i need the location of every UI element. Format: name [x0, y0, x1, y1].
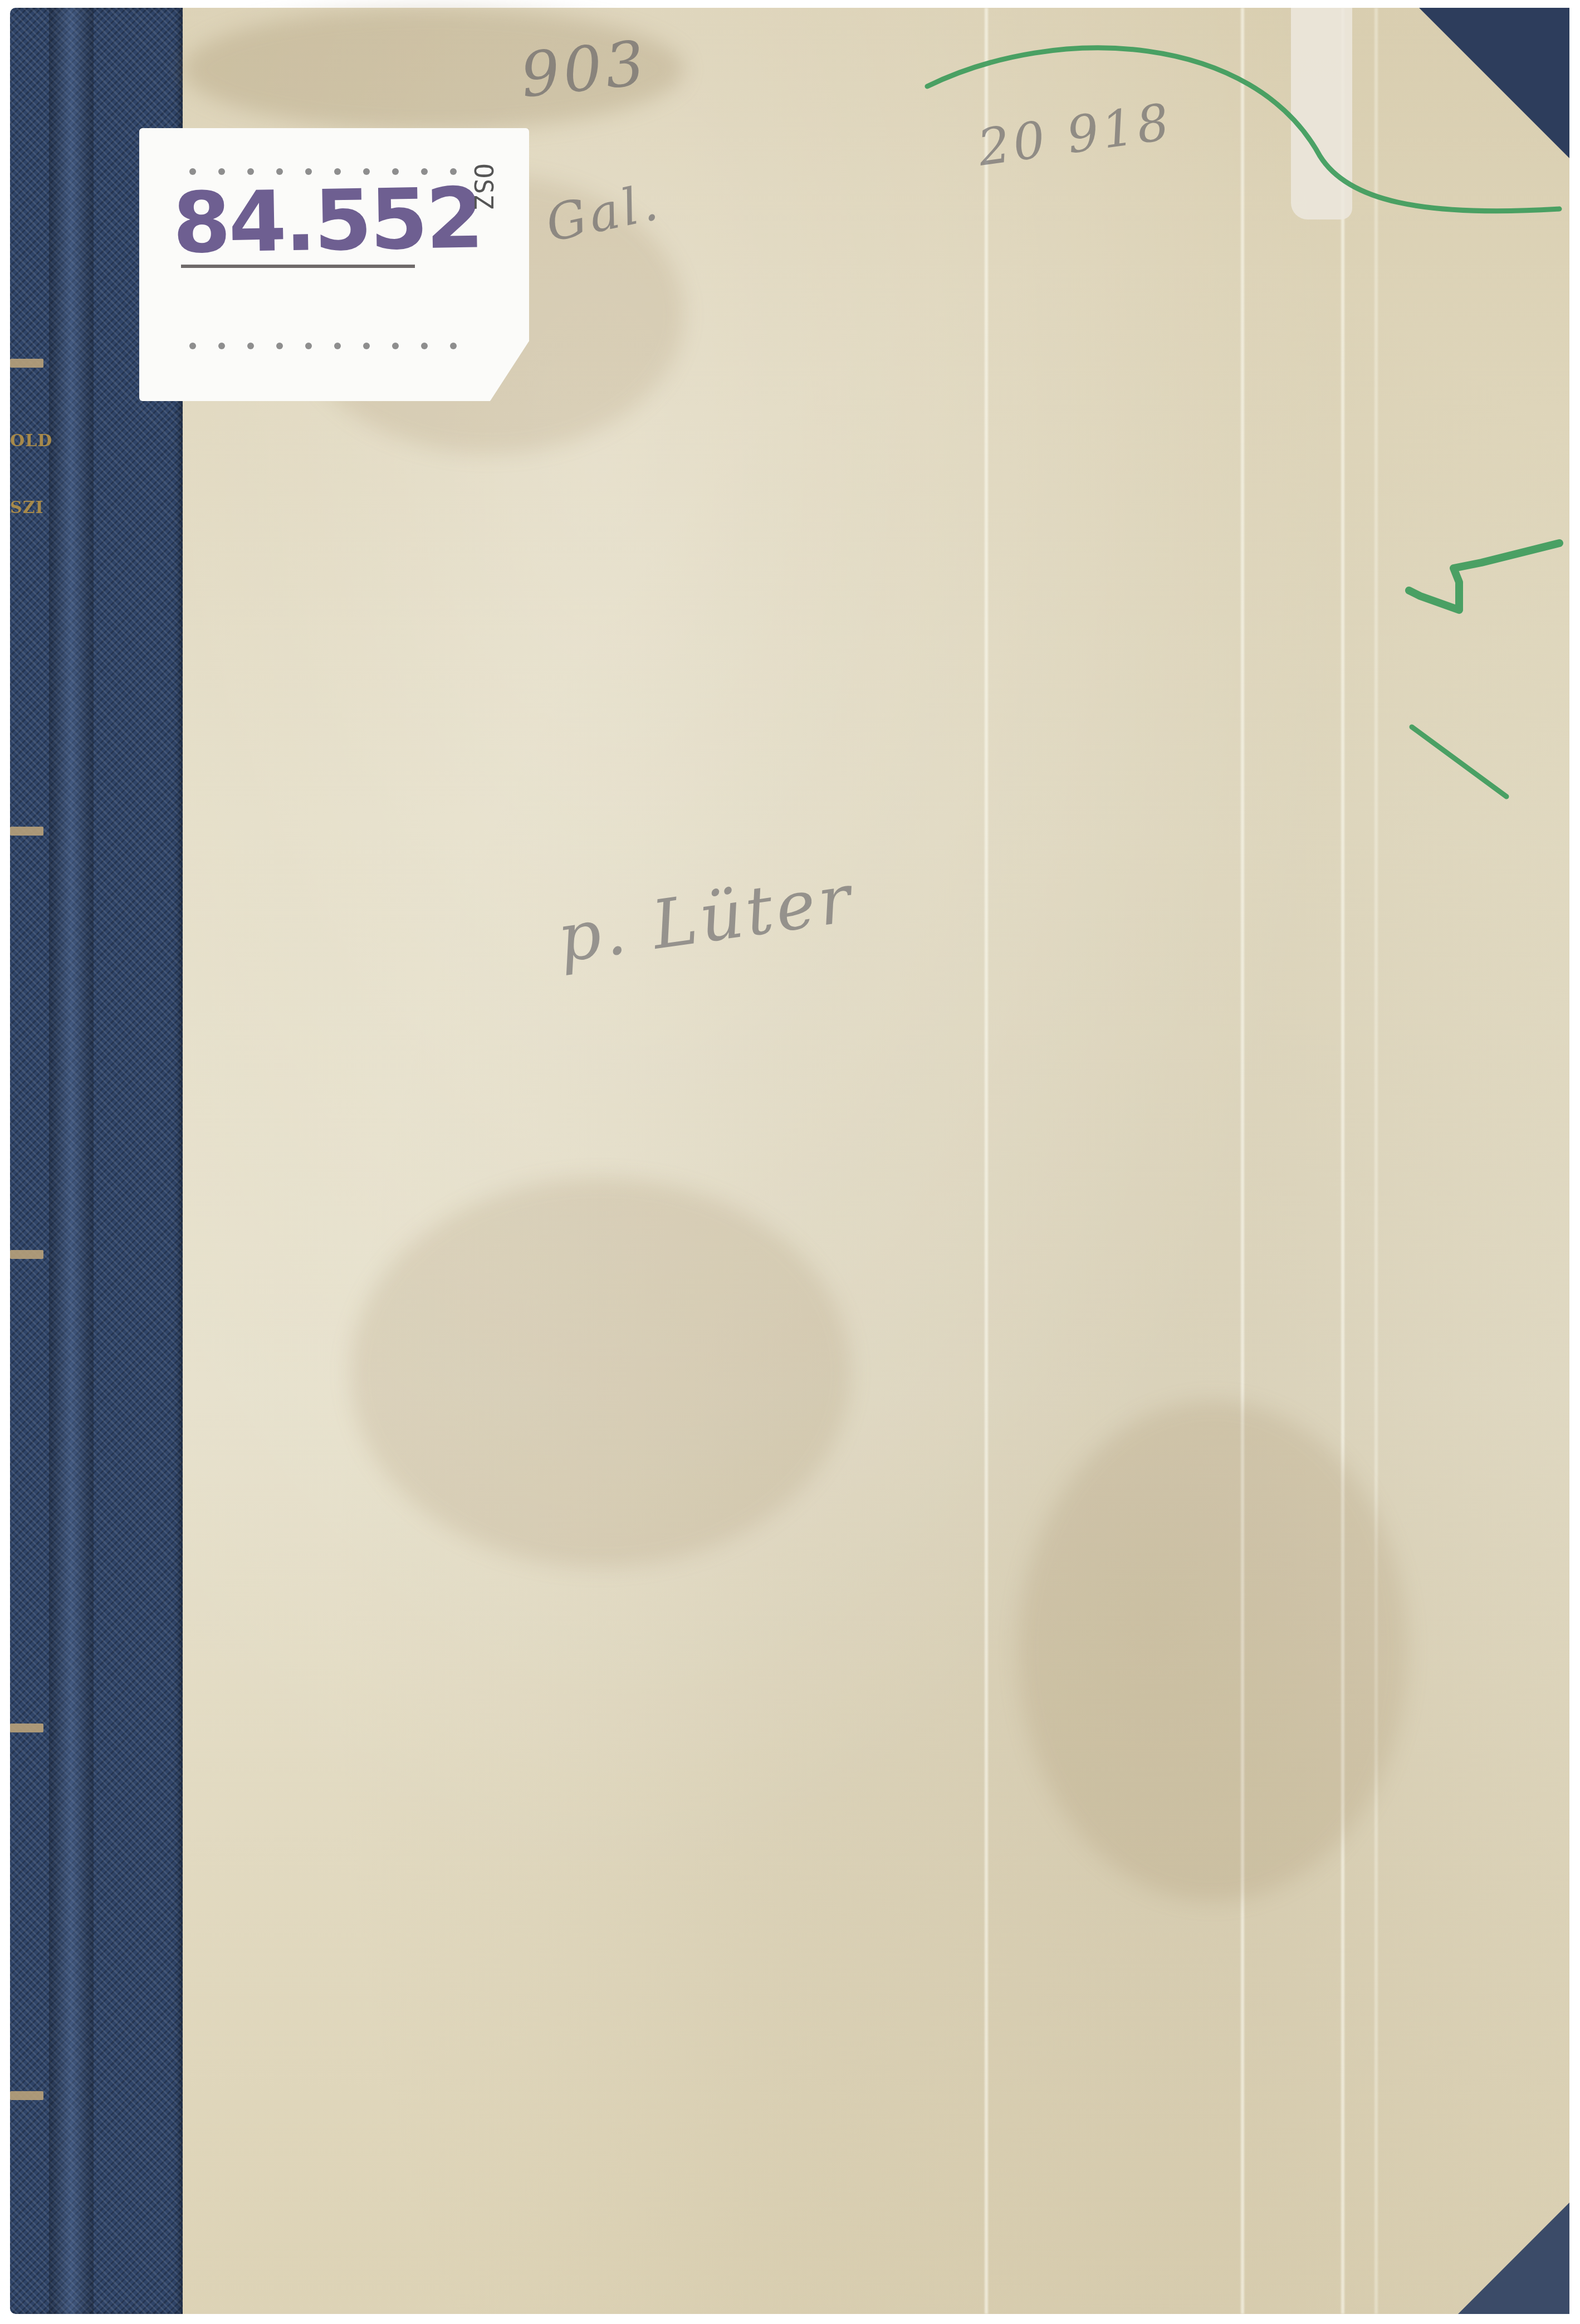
perforation-dot [363, 343, 370, 349]
spine-lettering: OLD [10, 431, 43, 451]
call-number-underline [181, 265, 415, 268]
crease [1374, 8, 1378, 2314]
call-number: 84.552 [172, 170, 483, 272]
spine-band [10, 1724, 43, 1732]
perforation-dot [189, 343, 196, 349]
spine-lettering: SZI [10, 498, 43, 517]
perforation-dot [189, 168, 196, 175]
cloth-corner-bottom-right [1458, 2203, 1569, 2314]
spine-ridge [49, 8, 94, 2314]
perforation-dot [276, 343, 283, 349]
cloth-corner-top-right [1419, 8, 1569, 158]
perforation-dot [450, 343, 457, 349]
stain [350, 1178, 851, 1568]
crease [1341, 8, 1344, 2314]
perforation-dot [421, 343, 428, 349]
spine-band [10, 1250, 43, 1259]
collection-code: OSZ [465, 139, 498, 234]
perforation-dot [392, 343, 399, 349]
library-label: 84.552 OSZ [139, 128, 529, 401]
crease [985, 8, 988, 2314]
perforation-dot [218, 343, 225, 349]
pencil-number-top: 903 [517, 27, 651, 111]
stain [1018, 1400, 1408, 1902]
spine-band [10, 2091, 43, 2100]
perforation-dot [305, 343, 312, 349]
perforation-dot [334, 343, 341, 349]
crease [1241, 8, 1244, 2314]
perforation-dot [247, 343, 254, 349]
spine-band [10, 827, 43, 836]
spine-band [10, 359, 43, 368]
torn-paper-patch [1291, 8, 1352, 219]
label-dot-row-bottom [189, 343, 457, 349]
perforation-dot [218, 168, 225, 175]
